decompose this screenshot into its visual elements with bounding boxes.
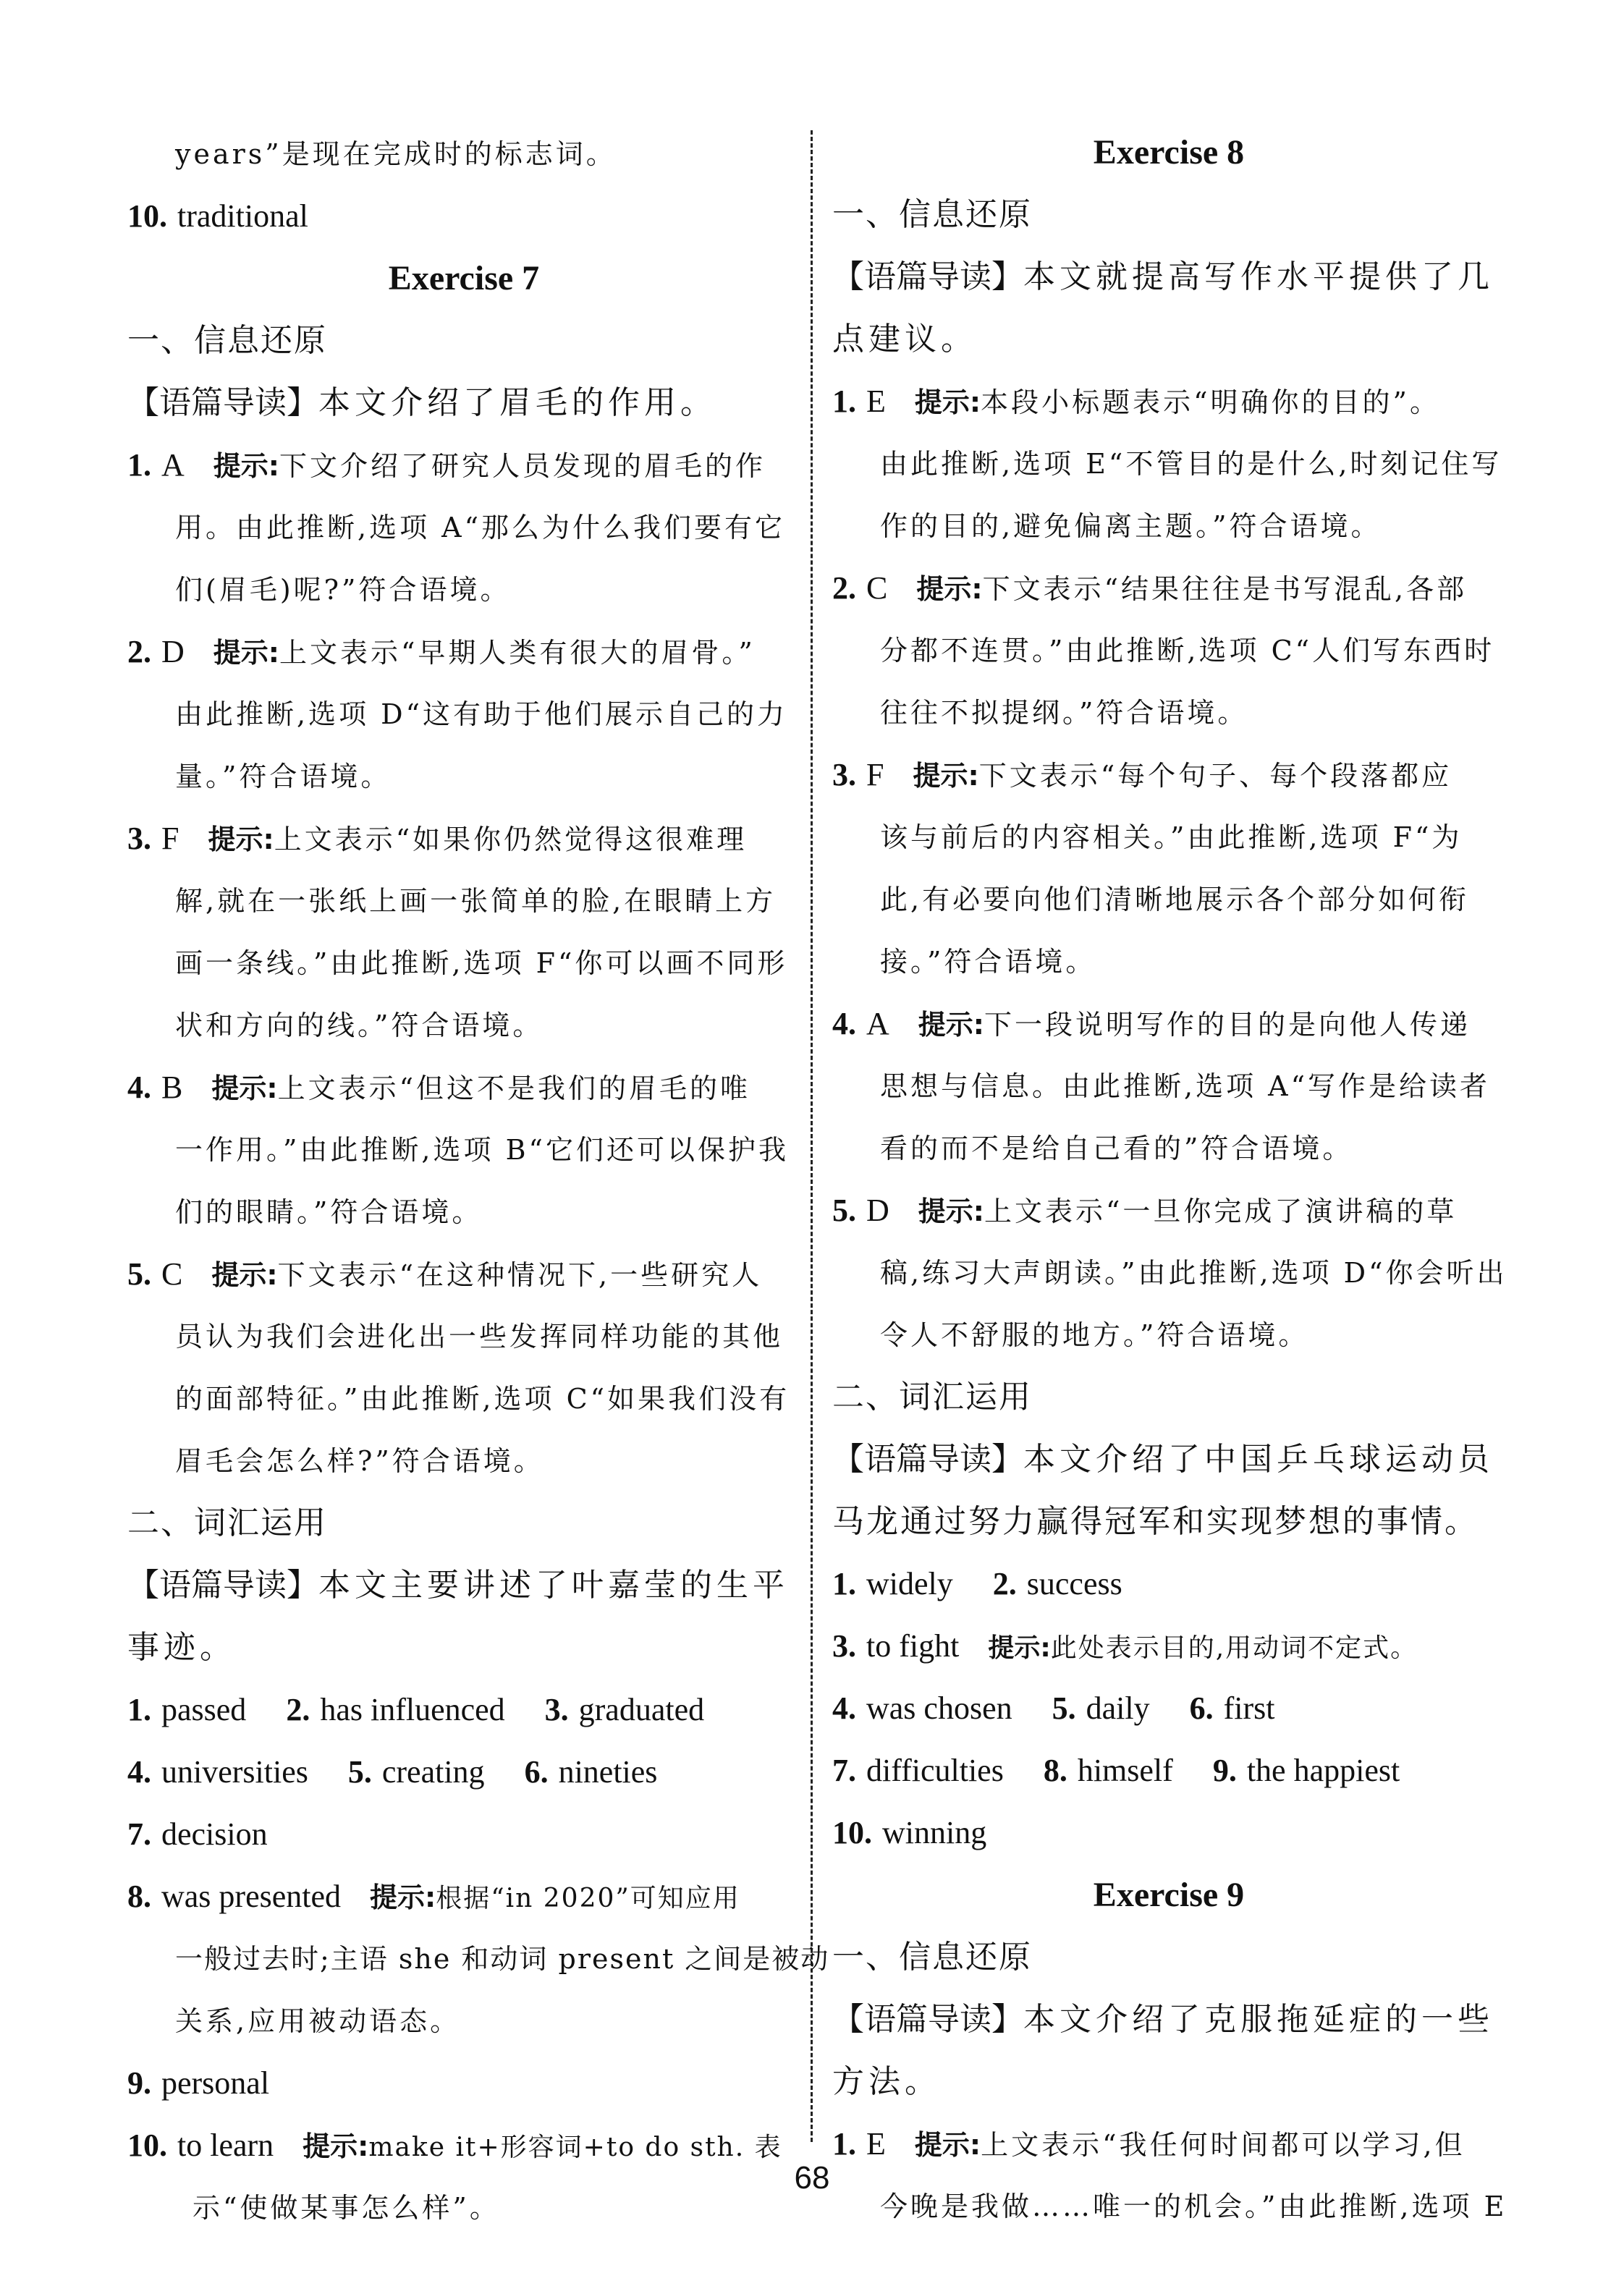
answer-item: 3.to fight提示:此处表示目的,用动词不定式。 (832, 1615, 1505, 1677)
hint-text: 分都不连贯。”由此推断,选项 C“人们写东西时 (832, 619, 1505, 682)
hint-label: 提示: (918, 1195, 984, 1227)
item-number: 1. (127, 447, 151, 483)
hint-text: 由此推断,选项 E“不管目的是什么,时刻记住写 (832, 433, 1505, 495)
hint-text: 本段小标题表示“明确你的目的”。 (981, 386, 1440, 418)
guide-text: 本文就提高写作水平提供了几 (1023, 258, 1494, 295)
hint-text: 根据“in 2020”可知应用 (436, 1884, 740, 1913)
item-number: 6. (1190, 1690, 1214, 1726)
item-number: 1. (127, 1692, 151, 1727)
vocab-row: 7.difficulties 8.himself 9.the happiest (832, 1740, 1505, 1802)
hint-text: 们(眉毛)呢?”符合语境。 (127, 559, 800, 621)
item-answer: F (161, 821, 179, 856)
hint-text: 们的眼睛。”符合语境。 (127, 1181, 800, 1243)
hint-text: 看的而不是给自己看的”符合语境。 (832, 1117, 1505, 1180)
passage-guide: 【语篇导读】本文介绍了中国乒乓球运动员 (832, 1428, 1505, 1491)
continuation-line: years”是现在完成时的标志词。 (127, 123, 800, 185)
exercise-title: Exercise 9 (832, 1864, 1505, 1926)
item-number: 3. (127, 821, 151, 856)
page-number: 68 (0, 2160, 1624, 2196)
answer-item: 5.C提示:下文表示“在这种情况下,一些研究人 员认为我们会进化出一些发挥同样功… (127, 1243, 800, 1492)
answer-item: 1.A提示:下文介绍了研究人员发现的眉毛的作 用。由此推断,选项 A“那么为什么… (127, 434, 800, 621)
item-number: 1. (832, 2126, 856, 2162)
item-answer: D (866, 1193, 889, 1228)
hint-text: 员认为我们会进化出一些发挥同样功能的其他 (127, 1305, 800, 1368)
item-answer: winning (882, 1815, 986, 1850)
section-title: 一、信息还原 (832, 184, 1505, 246)
guide-label: 【语篇导读】 (832, 258, 1023, 295)
answer-item: 5.D提示:上文表示“一旦你完成了演讲稿的草 稿,练习大声朗读。”由此推断,选项… (832, 1180, 1505, 1366)
column-divider (811, 130, 813, 2142)
item-answer: himself (1078, 1753, 1173, 1788)
guide-text: 本文介绍了眉毛的作用。 (318, 384, 716, 421)
item-answer: A (161, 447, 185, 483)
item-number: 5. (127, 1256, 151, 1292)
hint-label: 提示: (213, 450, 279, 482)
hint-label: 提示: (211, 1072, 277, 1104)
item-answer: personal (161, 2065, 269, 2101)
hint-text: 关系,应用被动语态。 (127, 1990, 800, 2052)
hint-label: 提示: (370, 1882, 436, 1913)
hint-text: 由此推断,选项 D“这有助于他们展示自己的力 (127, 683, 800, 745)
item-number: 6. (525, 1754, 549, 1790)
hint-text: 下一段说明写作的目的是向他人传递 (984, 1009, 1471, 1041)
item-number: 5. (1052, 1690, 1076, 1726)
item-answer: E (866, 384, 886, 419)
answer-item: 2.C提示:下文表示“结果往往是书写混乱,各部 分都不连贯。”由此推断,选项 C… (832, 557, 1505, 744)
item-number: 1. (832, 1566, 856, 1601)
hint-text: 的面部特征。”由此推断,选项 C“如果我们没有 (127, 1368, 800, 1430)
item-number: 8. (127, 1879, 151, 1914)
hint-text: 接。”符合语境。 (832, 931, 1505, 993)
guide-text: 马龙通过努力赢得冠军和实现梦想的事情。 (832, 1491, 1505, 1553)
hint-text: 下文介绍了研究人员发现的眉毛的作 (279, 450, 766, 482)
item-number: 3. (832, 757, 856, 792)
guide-label: 【语篇导读】 (832, 1441, 1023, 1478)
item-answer: to fight (866, 1628, 959, 1664)
vocab-row: 7.decision (127, 1803, 800, 1866)
hint-text: 该与前后的内容相关。”由此推断,选项 F“为 (832, 806, 1505, 868)
guide-text: 本文介绍了中国乒乓球运动员 (1023, 1441, 1494, 1478)
answer-item: 2.D提示:上文表示“早期人类有很大的眉骨。” 由此推断,选项 D“这有助于他们… (127, 621, 800, 808)
vocab-row: 1.passed 2.has influenced 3.graduated (127, 1679, 800, 1741)
item-answer: A (866, 1006, 889, 1041)
item-answer: D (161, 634, 185, 669)
answer-item: 8.was presented提示:根据“in 2020”可知应用 一般过去时;… (127, 1866, 800, 2052)
passage-guide: 【语篇导读】本文主要讲述了叶嘉莹的生平 (127, 1554, 800, 1617)
guide-label: 【语篇导读】 (832, 2001, 1023, 2038)
item-answer: daily (1086, 1690, 1150, 1726)
answer-item: 10.winning (832, 1802, 1505, 1864)
answer-item: 4.A提示:下一段说明写作的目的是向他人传递 思想与信息。由此推断,选项 A“写… (832, 993, 1505, 1180)
vocab-row: 1.widely 2.success (832, 1553, 1505, 1615)
hint-text: 解,就在一张纸上画一张简单的脸,在眼睛上方 (127, 870, 800, 932)
item-answer: the happiest (1247, 1753, 1400, 1788)
answer-item: 4.B提示:上文表示“但这不是我们的眉毛的唯 一作用。”由此推断,选项 B“它们… (127, 1057, 800, 1243)
hint-text: 下文表示“结果往往是书写混乱,各部 (983, 573, 1468, 605)
item-number: 4. (832, 1006, 856, 1041)
item-answer: to learn (177, 2128, 274, 2163)
passage-guide: 【语篇导读】本文就提高写作水平提供了几 (832, 246, 1505, 308)
item-number: 9. (1213, 1753, 1237, 1788)
item-number: 2. (286, 1692, 310, 1727)
hint-label: 提示: (918, 1009, 984, 1041)
hint-text: 思想与信息。由此推断,选项 A“写作是给读者 (832, 1055, 1505, 1117)
hint-text: 作的目的,避免偏离主题。”符合语境。 (832, 495, 1505, 557)
section-title: 一、信息还原 (127, 310, 800, 372)
item-number: 1. (832, 384, 856, 419)
hint-text: 下文表示“在这种情况下,一些研究人 (278, 1259, 763, 1291)
item-answer: F (866, 757, 884, 792)
item-answer: success (1027, 1566, 1122, 1601)
guide-text: 点建议。 (832, 308, 1505, 371)
guide-text: 本文介绍了克服拖延症的一些 (1023, 2001, 1494, 2038)
item-answer: C (866, 570, 887, 606)
hint-text: 上文表示“早期人类有很大的眉骨。” (279, 637, 756, 669)
item-answer: traditional (177, 198, 308, 234)
answer-item: 3.F提示:上文表示“如果你仍然觉得这很难理 解,就在一张纸上画一张简单的脸,在… (127, 808, 800, 1057)
hint-text: 令人不舒服的地方。”符合语境。 (832, 1304, 1505, 1366)
right-column: Exercise 8 一、信息还原 【语篇导读】本文就提高写作水平提供了几 点建… (832, 122, 1505, 2238)
hint-label: 提示: (915, 2129, 981, 2161)
hint-text: 一般过去时;主语 she 和动词 present 之间是被动 (127, 1928, 800, 1990)
hint-text: 上文表示“一旦你完成了演讲稿的草 (984, 1195, 1457, 1227)
guide-text: 方法。 (832, 2051, 1505, 2113)
item-number: 2. (993, 1566, 1017, 1601)
section-title: 二、词汇运用 (127, 1492, 800, 1554)
section-title: 一、信息还原 (832, 1926, 1505, 1989)
hint-label: 提示: (211, 1259, 277, 1291)
hint-text: 上文表示“我任何时间都可以学习,但 (981, 2129, 1466, 2161)
item-answer: universities (161, 1754, 308, 1790)
hint-label: 提示: (208, 824, 274, 855)
left-column: years”是现在完成时的标志词。 10.traditional Exercis… (127, 123, 800, 2239)
hint-label: 提示: (988, 1633, 1050, 1663)
hint-label: 提示: (915, 386, 981, 418)
section-title: 二、词汇运用 (832, 1366, 1505, 1428)
passage-guide: 【语篇导读】本文介绍了眉毛的作用。 (127, 372, 800, 434)
item-answer: E (866, 2126, 886, 2162)
item-answer: B (161, 1070, 182, 1105)
item-number: 4. (832, 1690, 856, 1726)
answer-item: 10.traditional (127, 185, 800, 247)
item-answer: was chosen (866, 1690, 1012, 1726)
hint-text: 用。由此推断,选项 A“那么为什么我们要有它 (127, 496, 800, 559)
answer-item: 3.F提示:下文表示“每个句子、每个段落都应 该与前后的内容相关。”由此推断,选… (832, 744, 1505, 993)
vocab-row: 4.was chosen 5.daily 6.first (832, 1677, 1505, 1740)
hint-label: 提示: (303, 2130, 368, 2162)
hint-text: 量。”符合语境。 (127, 745, 800, 808)
hint-text: 此处表示目的,用动词不定式。 (1051, 1633, 1418, 1663)
item-number: 7. (127, 1816, 151, 1852)
item-number: 10. (832, 1815, 872, 1850)
item-answer: decision (161, 1816, 268, 1852)
item-number: 3. (545, 1692, 569, 1727)
guide-text: 本文主要讲述了叶嘉莹的生平 (318, 1567, 789, 1604)
guide-text: 事迹。 (127, 1617, 800, 1679)
exercise-title: Exercise 7 (127, 247, 800, 310)
hint-text: 一作用。”由此推断,选项 B“它们还可以保护我 (127, 1119, 800, 1181)
hint-text: 状和方向的线。”符合语境。 (127, 994, 800, 1057)
item-number: 5. (832, 1193, 856, 1228)
item-answer: passed (161, 1692, 246, 1727)
item-number: 10. (127, 2128, 167, 2163)
passage-guide: 【语篇导读】本文介绍了克服拖延症的一些 (832, 1989, 1505, 2051)
hint-label: 提示: (916, 573, 982, 605)
item-number: 4. (127, 1754, 151, 1790)
item-number: 3. (832, 1628, 856, 1664)
hint-text: 上文表示“如果你仍然觉得这很难理 (274, 824, 747, 855)
item-answer: has influenced (320, 1692, 504, 1727)
hint-text: 下文表示“每个句子、每个段落都应 (979, 760, 1452, 792)
item-number: 5. (348, 1754, 372, 1790)
hint-text: make it+形容词+to do sth. 表 (368, 2133, 782, 2162)
item-number: 2. (832, 570, 856, 606)
item-answer: was presented (161, 1879, 341, 1914)
hint-text: 上文表示“但这不是我们的眉毛的唯 (278, 1072, 750, 1104)
answer-item: 9.personal (127, 2052, 800, 2115)
item-answer: graduated (579, 1692, 704, 1727)
item-number: 9. (127, 2065, 151, 2101)
item-number: 2. (127, 634, 151, 669)
guide-label: 【语篇导读】 (127, 1567, 318, 1604)
item-number: 8. (1044, 1753, 1067, 1788)
item-answer: difficulties (866, 1753, 1004, 1788)
item-number: 4. (127, 1070, 151, 1105)
item-number: 10. (127, 198, 167, 234)
item-answer: C (161, 1256, 182, 1292)
guide-label: 【语篇导读】 (127, 384, 318, 421)
item-answer: nineties (559, 1754, 658, 1790)
item-answer: creating (382, 1754, 485, 1790)
item-answer: first (1224, 1690, 1275, 1726)
item-answer: widely (866, 1566, 953, 1601)
item-number: 7. (832, 1753, 856, 1788)
vocab-row: 4.universities 5.creating 6.nineties (127, 1741, 800, 1803)
hint-text: 画一条线。”由此推断,选项 F“你可以画不同形 (127, 932, 800, 994)
hint-text: 此,有必要向他们清晰地展示各个部分如何衔 (832, 868, 1505, 931)
exercise-title: Exercise 8 (832, 122, 1505, 184)
answer-item: 1.E提示:本段小标题表示“明确你的目的”。 由此推断,选项 E“不管目的是什么… (832, 371, 1505, 557)
hint-text: 眉毛会怎么样?”符合语境。 (127, 1430, 800, 1492)
hint-label: 提示: (213, 637, 279, 669)
hint-label: 提示: (913, 760, 978, 792)
hint-text: 往往不拟提纲。”符合语境。 (832, 682, 1505, 744)
hint-text: 稿,练习大声朗读。”由此推断,选项 D“你会听出 (832, 1242, 1505, 1304)
